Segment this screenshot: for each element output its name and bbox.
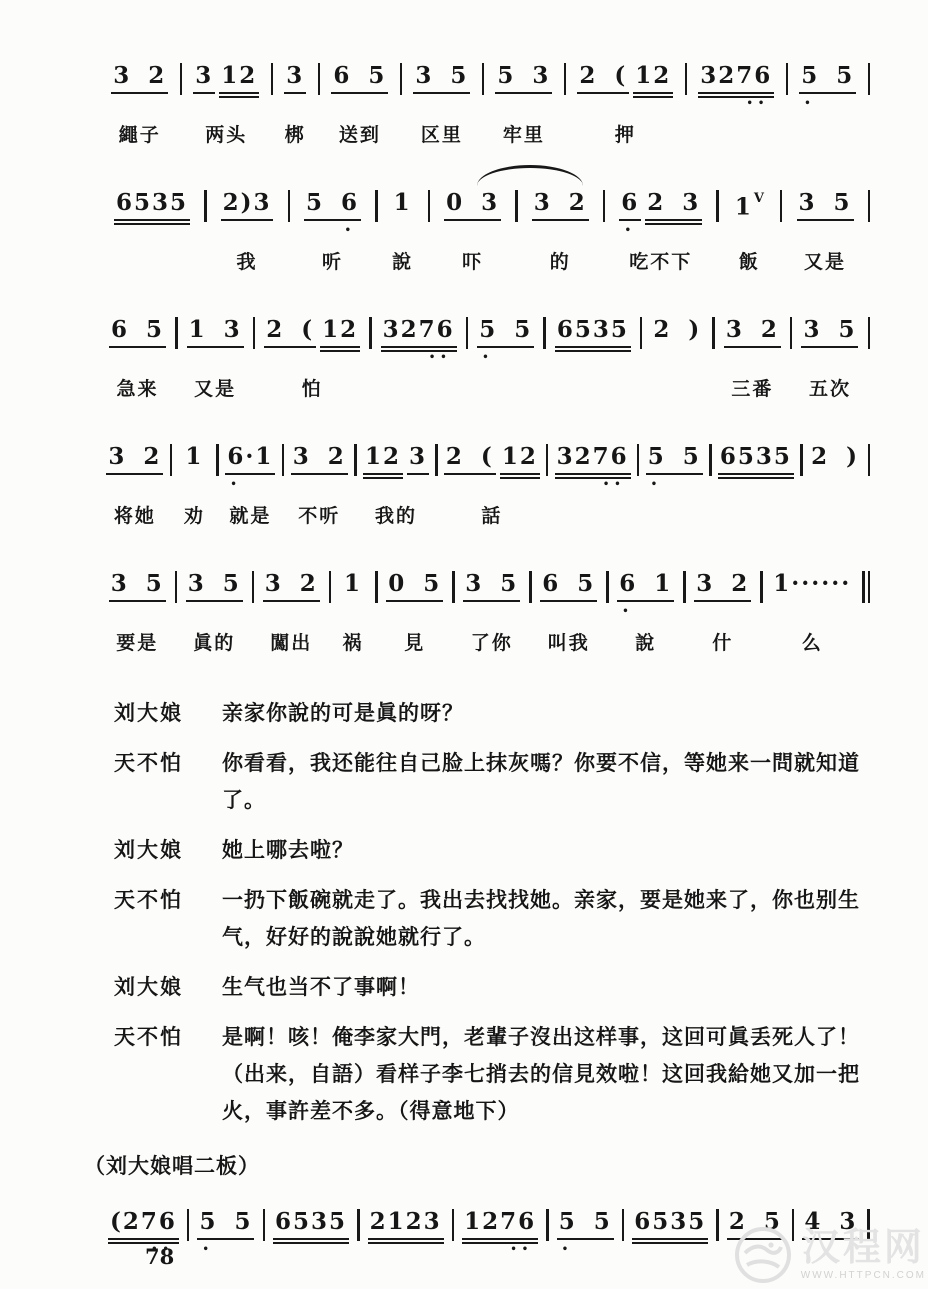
lyric-text: 两头	[205, 120, 247, 147]
lyric-text: 要是	[116, 628, 158, 655]
lyric-text: 見	[404, 628, 425, 655]
lyric-text: 繩子	[119, 120, 161, 147]
measure: 6535	[546, 314, 640, 400]
lyric-text: 了你	[471, 628, 513, 655]
measure: 3 5区里	[402, 60, 482, 147]
note-segment: 3 5	[413, 60, 470, 94]
lyric-text: 押	[615, 120, 636, 147]
measure: 3 2繩子	[100, 60, 180, 147]
measure: 6535	[265, 1206, 357, 1289]
note-segment: 6 5	[540, 568, 597, 602]
measure: 1說	[378, 187, 428, 274]
barline	[868, 444, 871, 476]
note-group: 6·1•	[223, 441, 277, 487]
watermark-text: 汉程网 WWW.HTTPCN.COM	[801, 1229, 926, 1281]
dialogue-text: 是啊！咳！俺李家大門，老輩子沒出这样事，这回可眞丢死人了！（出来，自語）看样子李…	[222, 1019, 870, 1130]
note-segment: 12	[363, 441, 403, 475]
measure: 5 5•	[468, 314, 543, 400]
music-line: 3 2将她1劝6·1•就是3 2不听123我的2 (12話3276••5 5•6…	[100, 441, 870, 528]
measure: 2 )	[803, 441, 868, 527]
lyric-text: 梆	[285, 120, 306, 147]
lyric-text: 說	[635, 628, 656, 655]
note-group: 6 5	[538, 568, 599, 614]
note-segment: 2 3	[645, 187, 702, 221]
note-segment: 3 2	[694, 568, 751, 602]
speaker-name: 刘大娘	[114, 969, 206, 1006]
note-segment: 6535	[273, 1206, 349, 1240]
note-segment: 5 3	[495, 60, 552, 94]
lyric-text: 又是	[194, 374, 236, 401]
note-group: 3 2	[722, 314, 783, 360]
music-line: 3 5要是3 5眞的3 2闖出1祸0 5見3 5了你6 5叫我6 1•說3 2什…	[100, 568, 870, 655]
music-line: 65352)3我5 6•听1說0 3吓3 2的6•2 3吃不下1V飯3 5又是	[100, 187, 870, 274]
measure: 312两头	[182, 60, 271, 147]
dialogue-text: 生气也当不了事啊！	[222, 969, 870, 1006]
note-segment: 2 (	[264, 314, 316, 348]
measure: 3 2不听	[284, 441, 354, 528]
note-group: 3276••	[553, 441, 633, 487]
note-segment: 1	[392, 187, 414, 219]
watermark: 汉程网 WWW.HTTPCN.COM	[731, 1223, 926, 1287]
lyric-text: 吓	[462, 247, 483, 274]
music-line: 3 2繩子312两头3梆6 5送到3 5区里5 3牢里2 (12押3276••5…	[100, 60, 870, 147]
note-group: 3 5	[184, 568, 245, 614]
note-segment: 3 2	[263, 568, 320, 602]
note-group: 123	[361, 441, 431, 487]
dialogue-row: 天不怕你看看，我还能往自己脸上抹灰嗎？你要不信，等她来一問就知道了。	[114, 745, 870, 819]
note-group: 3 2	[261, 568, 322, 614]
note-group: 5 5•	[475, 314, 536, 360]
lyric-text: 牢里	[503, 120, 545, 147]
lyric-text: 么	[802, 628, 823, 655]
note-group: 5 6•	[302, 187, 363, 233]
note-segment: 3 5	[797, 187, 854, 221]
note-segment: 2 )	[651, 314, 703, 346]
dialogue-row: 刘大娘她上哪去啦？	[114, 832, 870, 869]
note-group: 6535	[271, 1206, 351, 1252]
measure: 6 5送到	[320, 60, 400, 147]
note-group: 3 2	[104, 441, 165, 487]
octave-dots: ••	[555, 480, 631, 490]
speaker-name: 天不怕	[114, 882, 206, 956]
lyric-text: 区里	[421, 120, 463, 147]
barline	[868, 63, 871, 95]
measure: 2)3我	[207, 187, 288, 274]
note-segment: 6 1•	[617, 568, 674, 602]
measure: 1V飯	[719, 187, 780, 274]
note-segment: 3276••	[555, 441, 631, 475]
note-segment: (276••	[108, 1206, 179, 1240]
note-group: 1······	[769, 568, 855, 614]
measure: 2 )	[642, 314, 712, 400]
note-group: 3 2	[109, 60, 170, 106]
measure: 3 5要是	[100, 568, 175, 655]
measure: 3梆	[273, 60, 318, 147]
note-group: 2 (12	[442, 441, 542, 487]
note-group: 3 2	[530, 187, 591, 233]
note-segment: 3276••	[381, 314, 457, 348]
measure: 6535	[624, 1206, 716, 1289]
note-group: 6535	[112, 187, 192, 233]
dialogue-row: 刘大娘亲家你說的可是眞的呀？	[114, 695, 870, 732]
measure: 2 (12押	[566, 60, 684, 147]
measure: 5 3牢里	[484, 60, 564, 147]
note-segment: 3	[407, 441, 429, 475]
note-segment: 5 5•	[646, 441, 703, 475]
measure: 3 2将她	[100, 441, 170, 528]
note-segment: 2 )	[809, 441, 861, 473]
lyric-text: 将她	[114, 501, 156, 528]
note-segment: 3 5	[109, 568, 166, 602]
measure: 2 (12話	[438, 441, 546, 528]
note-group: 3 5	[107, 568, 168, 614]
note-group: 5 5•	[555, 1206, 616, 1252]
note-segment: 5 5•	[197, 1206, 254, 1240]
dialogue-row: 天不怕一扔下飯碗就走了。我出去找找她。亲家，要是她来了，你也别生气，好好的說說她…	[114, 882, 870, 956]
note-segment: 12	[500, 441, 540, 475]
measure: 2123	[360, 1206, 452, 1289]
note-group: 2 (12	[262, 314, 362, 360]
measure: 3 2什	[686, 568, 761, 655]
measure: 1劝	[172, 441, 216, 528]
measure: 5 5•	[189, 1206, 262, 1289]
measure: 1276••	[454, 1206, 546, 1289]
note-group: 3	[282, 60, 308, 106]
dragon-seal-icon	[731, 1223, 795, 1287]
music-notation-top: 3 2繩子312两头3梆6 5送到3 5区里5 3牢里2 (12押3276••5…	[100, 60, 870, 655]
note-segment: 2123	[368, 1206, 444, 1240]
note-group: 3 2	[692, 568, 753, 614]
note-group: 3 2	[289, 441, 350, 487]
lyric-text: 听	[322, 247, 343, 274]
note-group: 3 5	[795, 187, 856, 233]
lyric-text: 什	[712, 628, 733, 655]
measure: 2 (12怕	[255, 314, 369, 401]
measure: 1祸	[331, 568, 375, 655]
measure: 6•2 3吃不下	[605, 187, 716, 274]
measure: 6535	[100, 187, 204, 273]
barline	[868, 317, 871, 349]
lyric-text: 祸	[342, 628, 363, 655]
note-segment: 3 2	[291, 441, 348, 475]
note-segment: 6 5	[109, 314, 166, 348]
measure: 0 3吓	[430, 187, 515, 274]
lyric-text: 不听	[298, 501, 340, 528]
speaker-name: 天不怕	[114, 1019, 206, 1130]
note-group: 5 5•	[797, 60, 858, 106]
dialogue-row: 刘大娘生气也当不了事啊！	[114, 969, 870, 1006]
measure: 0 5見	[378, 568, 453, 655]
note-segment: 6535	[555, 314, 631, 348]
lyric-text: 叫我	[548, 628, 590, 655]
breath-mark: V	[754, 191, 764, 206]
note-group: 2 (12	[575, 60, 675, 106]
note-group: 0 3	[442, 187, 503, 233]
note-segment: 12	[633, 60, 673, 94]
note-group: 6 1•	[615, 568, 676, 614]
lyric-text: 飯	[739, 247, 760, 274]
note-group: 6 5	[329, 60, 390, 106]
note-group: 1	[181, 441, 207, 487]
lyric-text: 說	[392, 247, 413, 274]
lyric-text: 就是	[229, 501, 271, 528]
octave-dots: ••	[462, 1245, 538, 1255]
lyric-text: 我的	[375, 501, 417, 528]
note-group: 6535	[716, 441, 796, 487]
lyric-text: 吃不下	[629, 247, 692, 274]
note-group: 2 )	[649, 314, 705, 360]
note-group: 3 5	[411, 60, 472, 106]
note-segment: 5 5•	[799, 60, 856, 94]
measure: 5 5•	[549, 1206, 622, 1289]
measure: 5 5•	[639, 441, 709, 527]
note-segment: 1276••	[462, 1206, 538, 1240]
lyric-text: 劝	[184, 501, 205, 528]
note-group: 2)3	[219, 187, 276, 233]
final-double-barline	[862, 571, 870, 603]
note-segment: 2)3	[221, 187, 274, 221]
lyric-text: 五次	[809, 374, 851, 401]
lyric-text: 送到	[339, 120, 381, 147]
lyric-text: 我	[237, 247, 258, 274]
measure: 3276••	[687, 60, 786, 146]
measure: 1 3又是	[178, 314, 253, 401]
measure: 123我的	[357, 441, 436, 528]
note-segment: 1	[183, 441, 205, 473]
note-segment: 6 5	[331, 60, 388, 94]
note-segment: 0 3	[444, 187, 501, 221]
octave-dots: •	[646, 480, 703, 490]
measure: 3 2三番	[715, 314, 790, 401]
lyric-text: 三番	[731, 374, 773, 401]
measure: 6·1•就是	[219, 441, 282, 528]
page-number: 78	[145, 1244, 174, 1269]
lyric-text: 的	[550, 247, 571, 274]
note-group: 2 )	[807, 441, 863, 487]
watermark-site-url: WWW.HTTPCN.COM	[801, 1270, 926, 1281]
measure: 3 5了你	[455, 568, 530, 655]
score-page: 3 2繩子312两头3梆6 5送到3 5区里5 3牢里2 (12押3276••5…	[0, 0, 928, 1289]
note-group: 6 5	[107, 314, 168, 360]
dialogue-text: 亲家你說的可是眞的呀？	[222, 695, 870, 732]
note-group: 5 5•	[195, 1206, 256, 1252]
dialogue-row: 天不怕是啊！咳！俺李家大門，老輩子沒出这样事，这回可眞丢死人了！（出来，自語）看…	[114, 1019, 870, 1130]
measure: 3 5眞的	[177, 568, 252, 655]
octave-dots: •	[477, 353, 534, 363]
note-segment: 1······	[771, 568, 853, 600]
note-group: 312	[191, 60, 261, 106]
note-segment: 6·1•	[225, 441, 275, 475]
slur-arc	[477, 165, 583, 186]
measure: 3 5五次	[792, 314, 867, 401]
note-group: 6•2 3	[617, 187, 704, 233]
octave-dots: •	[619, 226, 641, 236]
note-segment: 3 2	[724, 314, 781, 348]
lyric-text: 又是	[804, 247, 846, 274]
measure: 3 2闖出	[254, 568, 329, 655]
measure: 6 1•說	[609, 568, 684, 655]
note-segment: 0 5	[386, 568, 443, 602]
note-group: 0 5	[384, 568, 445, 614]
note-group: 3276••	[379, 314, 459, 360]
speaker-name: 刘大娘	[114, 832, 206, 869]
dialogue-text: 一扔下飯碗就走了。我出去找找她。亲家，要是她来了，你也别生气，好好的說說她就行了…	[222, 882, 870, 956]
note-group: 1 3	[185, 314, 246, 360]
note-group: 3276••	[696, 60, 776, 106]
dialogue-section: 刘大娘亲家你說的可是眞的呀？天不怕你看看，我还能往自己脸上抹灰嗎？你要不信，等她…	[114, 695, 870, 1130]
note-segment: 3 2	[106, 441, 163, 475]
octave-dots: •	[304, 226, 361, 236]
dialogue-text: 你看看，我还能往自己脸上抹灰嗎？你要不信，等她来一問就知道了。	[222, 745, 870, 819]
octave-dots: •	[557, 1245, 614, 1255]
note-group: 3 5	[799, 314, 860, 360]
note-segment: 3 5	[463, 568, 520, 602]
note-segment: 1 3	[187, 314, 244, 348]
note-segment: 5 6•	[304, 187, 361, 221]
note-segment: 6535	[718, 441, 794, 475]
music-line: 6 5急来1 3又是2 (12怕3276••5 5•65352 )3 2三番3 …	[100, 314, 870, 401]
note-group: 1	[390, 187, 416, 233]
octave-dots: •	[225, 480, 275, 490]
note-group: 6535	[553, 314, 633, 360]
note-segment: 3 2	[111, 60, 168, 94]
note-segment: 5 5•	[477, 314, 534, 348]
note-segment: 6535	[632, 1206, 708, 1240]
octave-dots: •	[799, 99, 856, 109]
speaker-name: 刘大娘	[114, 695, 206, 732]
measure: 3 5又是	[782, 187, 867, 274]
note-segment: 12	[320, 314, 360, 348]
note-segment: 3 5	[186, 568, 243, 602]
measure: 5 6•听	[290, 187, 375, 274]
dialogue-text: 她上哪去啦？	[222, 832, 870, 869]
note-segment: 5 5•	[557, 1206, 614, 1240]
note-group: 1V	[731, 187, 768, 233]
measure: 3 2的	[518, 187, 603, 274]
note-segment: 6•	[619, 187, 641, 221]
octave-dots: ••	[698, 99, 774, 109]
note-group: 5 5•	[644, 441, 705, 487]
measure: 6 5叫我	[532, 568, 607, 655]
note-group: 1276••	[460, 1206, 540, 1252]
note-group: 6535	[630, 1206, 710, 1252]
lyric-text: 闖出	[270, 628, 312, 655]
lyric-text: 怕	[302, 374, 323, 401]
note-group: 3 5	[461, 568, 522, 614]
note-segment: 3 5	[801, 314, 858, 348]
stage-direction-heading: （刘大娘唱二板）	[84, 1150, 870, 1180]
note-segment: 6535	[114, 187, 190, 221]
note-segment: 3	[193, 60, 215, 94]
lyric-text: 話	[481, 501, 502, 528]
note-group: 2123	[366, 1206, 446, 1252]
note-group: 5 3	[493, 60, 554, 106]
note-segment: 3276••	[698, 60, 774, 94]
note-segment: 1V	[733, 187, 766, 224]
note-segment: 3 2	[532, 187, 589, 221]
lyric-text: 眞的	[193, 628, 235, 655]
lyric-text: 急来	[117, 374, 159, 401]
speaker-name: 天不怕	[114, 745, 206, 819]
note-segment: 1	[342, 568, 364, 600]
measure: 1······么	[763, 568, 863, 655]
measure: 5 5•	[788, 60, 868, 146]
octave-dots: •	[197, 1245, 254, 1255]
note-group: 1	[340, 568, 366, 614]
measure: 3276••	[548, 441, 636, 527]
octave-dots: ••	[381, 353, 457, 363]
note-segment: 2 (	[444, 441, 496, 475]
note-segment: 2 (	[577, 60, 629, 94]
note-segment: 12	[219, 60, 259, 94]
measure: 6535	[712, 441, 800, 527]
watermark-site-name: 汉程网	[802, 1229, 925, 1267]
measure: 6 5急来	[100, 314, 175, 401]
octave-dots: •	[617, 607, 674, 617]
note-segment: 3	[284, 60, 306, 94]
barline	[868, 190, 871, 222]
measure: 3276••	[372, 314, 466, 400]
